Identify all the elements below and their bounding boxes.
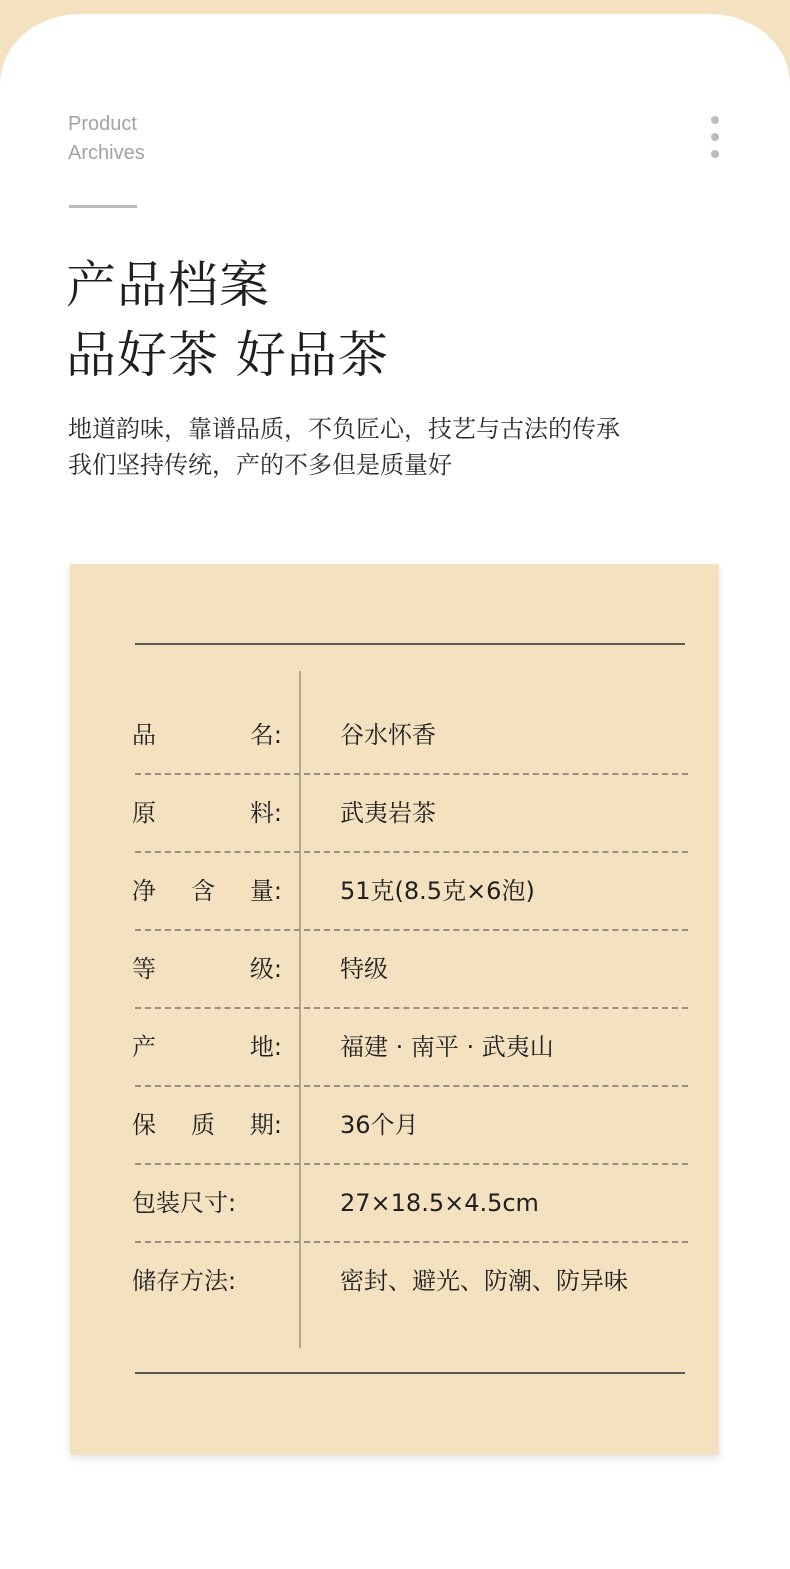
label-char: 品 xyxy=(132,715,156,755)
label-char: 级: xyxy=(250,949,282,989)
label-char: 储存方法: xyxy=(132,1261,236,1301)
spec-label: 原 料: xyxy=(132,793,282,833)
dot-icon xyxy=(711,116,719,124)
bottom-rule xyxy=(135,1372,685,1374)
label-char: 净 xyxy=(132,871,156,911)
label-char: 产 xyxy=(132,1027,156,1067)
spec-label: 储存方法: xyxy=(132,1261,282,1301)
spec-value: 福建 · 南平 · 武夷山 xyxy=(340,1027,554,1067)
spec-table: 品 名: 谷水怀香 原 料: 武夷岩茶 净 含 量: 51克(8.5克×6泡) xyxy=(132,697,688,1321)
spec-label: 品 名: xyxy=(132,715,282,755)
label-char: 等 xyxy=(132,949,156,989)
label-char: 含 xyxy=(191,871,215,911)
spec-label: 产 地: xyxy=(132,1027,282,1067)
label-char: 量: xyxy=(250,871,282,911)
spec-row-name: 品 名: 谷水怀香 xyxy=(132,697,688,775)
spec-value: 武夷岩茶 xyxy=(340,793,436,833)
spec-value: 谷水怀香 xyxy=(340,715,436,755)
spec-label: 保 质 期: xyxy=(132,1105,282,1145)
dot-icon xyxy=(711,150,719,158)
page-title: 产品档案 品好茶 好品茶 xyxy=(66,250,389,390)
spec-value: 特级 xyxy=(340,949,388,989)
spec-row-origin: 产 地: 福建 · 南平 · 武夷山 xyxy=(132,1009,688,1087)
section-english-label: Product Archives xyxy=(68,110,145,168)
label-char: 保 xyxy=(132,1105,156,1145)
description-line-2: 我们坚持传统，产的不多但是质量好 xyxy=(68,447,620,483)
spec-row-material: 原 料: 武夷岩茶 xyxy=(132,775,688,853)
spec-card: 品 名: 谷水怀香 原 料: 武夷岩茶 净 含 量: 51克(8.5克×6泡) xyxy=(70,564,719,1455)
spec-row-net-weight: 净 含 量: 51克(8.5克×6泡) xyxy=(132,853,688,931)
label-char: 期: xyxy=(250,1105,282,1145)
title-line-1: 产品档案 xyxy=(66,250,389,320)
label-char: 原 xyxy=(132,793,156,833)
accent-divider xyxy=(69,205,137,208)
top-rule xyxy=(135,643,685,645)
spec-label: 等 级: xyxy=(132,949,282,989)
spec-row-package-size: 包装尺寸: 27×18.5×4.5cm xyxy=(132,1165,688,1243)
dot-icon xyxy=(711,133,719,141)
spec-row-shelf-life: 保 质 期: 36个月 xyxy=(132,1087,688,1165)
more-vertical-icon[interactable] xyxy=(706,116,724,158)
label-char: 料: xyxy=(250,793,282,833)
spec-value: 51克(8.5克×6泡) xyxy=(340,871,535,911)
label-char: 质 xyxy=(191,1105,215,1145)
spec-label: 包装尺寸: xyxy=(132,1183,282,1223)
label-char: 包装尺寸: xyxy=(132,1183,236,1223)
description-line-1: 地道韵味，靠谱品质，不负匠心，技艺与古法的传承 xyxy=(68,411,620,447)
spec-value: 36个月 xyxy=(340,1105,419,1145)
spec-row-grade: 等 级: 特级 xyxy=(132,931,688,1009)
spec-value: 密封、避光、防潮、防异味 xyxy=(340,1261,628,1301)
description: 地道韵味，靠谱品质，不负匠心，技艺与古法的传承 我们坚持传统，产的不多但是质量好 xyxy=(68,411,620,483)
spec-label: 净 含 量: xyxy=(132,871,282,911)
title-line-2: 品好茶 好品茶 xyxy=(66,320,389,390)
label-char: 名: xyxy=(250,715,282,755)
en-label-line-2: Archives xyxy=(68,139,145,168)
en-label-line-1: Product xyxy=(68,110,145,139)
spec-value: 27×18.5×4.5cm xyxy=(340,1183,539,1223)
label-char: 地: xyxy=(250,1027,282,1067)
spec-row-storage: 储存方法: 密封、避光、防潮、防异味 xyxy=(132,1243,688,1321)
